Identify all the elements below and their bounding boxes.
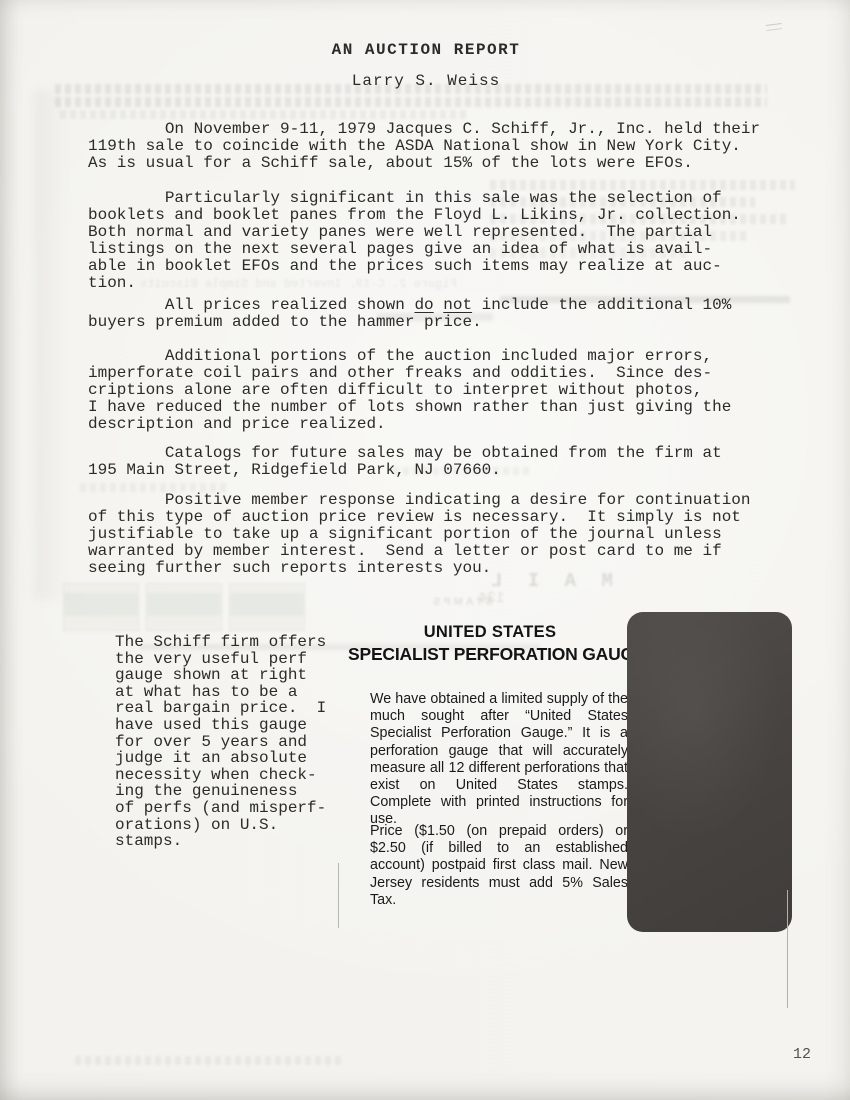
bleedthrough-stamps-text: STAMPS (430, 596, 493, 608)
ad-heading-line2: SPECIALIST PERFORATION GAUGE (348, 644, 632, 665)
paragraph-3-space (434, 296, 444, 314)
pencil-mark (766, 23, 783, 31)
bleedthrough-stamp-image (147, 584, 221, 630)
column-rule (338, 863, 339, 928)
report-paragraph-2: Particularly significant in this sale wa… (88, 190, 741, 293)
page-edge-line (787, 890, 788, 1008)
bleedthrough-stamp-image (230, 584, 304, 630)
ad-heading-line1: UNITED STATES (348, 623, 632, 642)
underlined-word-not: not (443, 296, 472, 314)
underlined-word-do: do (414, 296, 433, 314)
ad-paragraph-1: We have obtained a limited supply of the… (370, 691, 628, 829)
bleedthrough-text-line (55, 97, 767, 107)
bleedthrough-stamp-image (64, 584, 138, 630)
perforation-gauge-photo (627, 612, 792, 932)
page-number: 12 (793, 1046, 811, 1063)
page-title: AN AUCTION REPORT (88, 42, 764, 59)
report-paragraph-3: All prices realized shown do not include… (88, 297, 731, 331)
report-paragraph-6: Positive member response indicating a de… (88, 492, 751, 577)
bleedthrough-text-line (60, 110, 470, 119)
paragraph-3-lead: All prices realized shown (88, 296, 414, 314)
scanned-document-page: Figure 2. C-19, Inverted and Simple Bisc… (0, 0, 850, 1100)
report-paragraph-5: Catalogs for future sales may be obtaine… (88, 445, 722, 479)
bleedthrough-print-line (75, 1056, 345, 1065)
byline: Larry S. Weiss (88, 73, 764, 90)
sidebar-note: The Schiff firm offers the very useful p… (115, 634, 326, 850)
report-paragraph-4: Additional portions of the auction inclu… (88, 348, 731, 433)
ad-paragraph-2: Price ($1.50 (on prepaid orders) or $2.5… (370, 823, 628, 909)
report-paragraph-1: On November 9-11, 1979 Jacques C. Schiff… (88, 121, 760, 172)
page-crease-shading (34, 90, 68, 600)
